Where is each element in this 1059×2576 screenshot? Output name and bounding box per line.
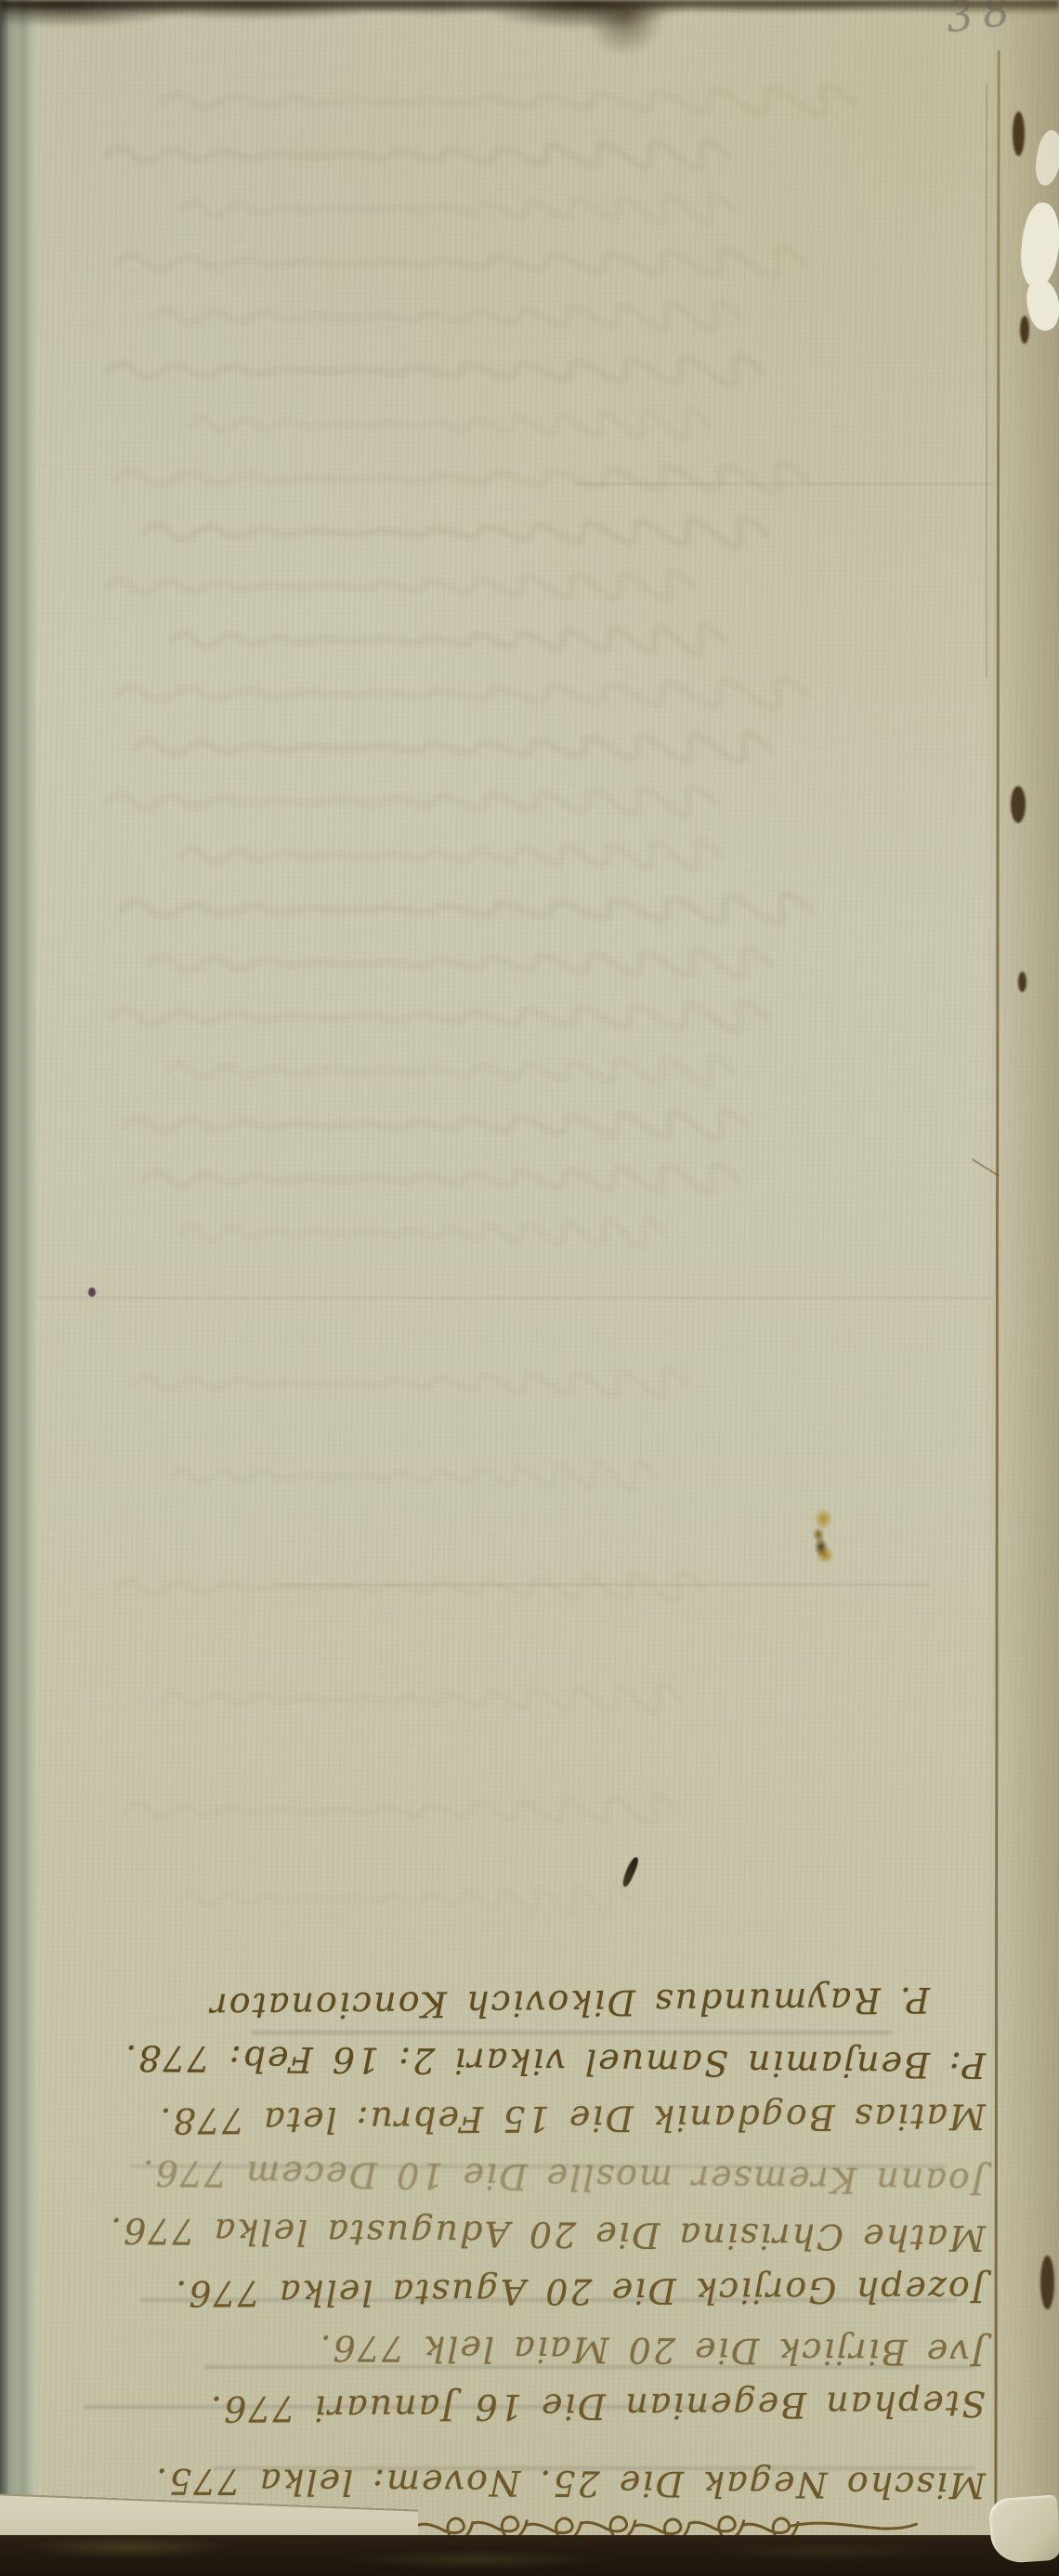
bottom-right-torn-corner [988,2495,1059,2565]
register-entry-line: Stephan Begenian Die 16 Januari 776. [51,2384,986,2429]
paper-crease [37,1297,994,1299]
book-spine-edge [0,0,8,2576]
edge-speck [1011,786,1026,823]
handwriting-block-rotated: Mischo Negak Die 25. Novem: lelka 775. S… [51,1975,986,2547]
binding-page-edge-strip [8,0,36,2576]
edge-speck [1040,2256,1054,2309]
register-entry-line: Joann Kremser moslle Die 10 Decem 776. [51,2152,986,2202]
register-entry-line: Mathe Chrisina Die 20 Adugusta lelka 776… [51,2211,986,2258]
ink-dot [88,1288,96,1297]
bottom-cover-shadow-band [0,2535,1059,2576]
paper-crease [279,1584,929,1586]
register-entry-line: P: Benjamin Samuel vikari 2: 16 Feb: 778… [51,2038,986,2086]
register-entry-line: P. Raymundus Dikovich Koncionator [51,1981,930,2027]
register-entry-line: Matias Bogdanik Die 15 Febru: leta 778. [51,2097,986,2140]
edge-speck [1013,111,1025,156]
register-entry-line: Jozeph Gorjick Die 20 Agusta lelka 776. [51,2269,986,2313]
edge-speck [1018,972,1026,992]
edge-speck [1020,316,1029,344]
wax-stain [810,1507,834,1563]
top-edge-stain [0,0,1059,84]
register-entry-line: Mischo Negak Die 25. Novem: lelka 775. [51,2461,986,2504]
paper-crease [576,483,994,485]
scanned-manuscript-page: 38 Mischo Negak Die 25. Novem: lelka 775… [0,0,1059,2576]
margin-rule-line-faint [986,84,987,678]
bleedthrough-ghost-writing [51,65,1008,1979]
register-entry-line: Jve Birjick Die 20 Maia lelk 776. [51,2326,986,2372]
